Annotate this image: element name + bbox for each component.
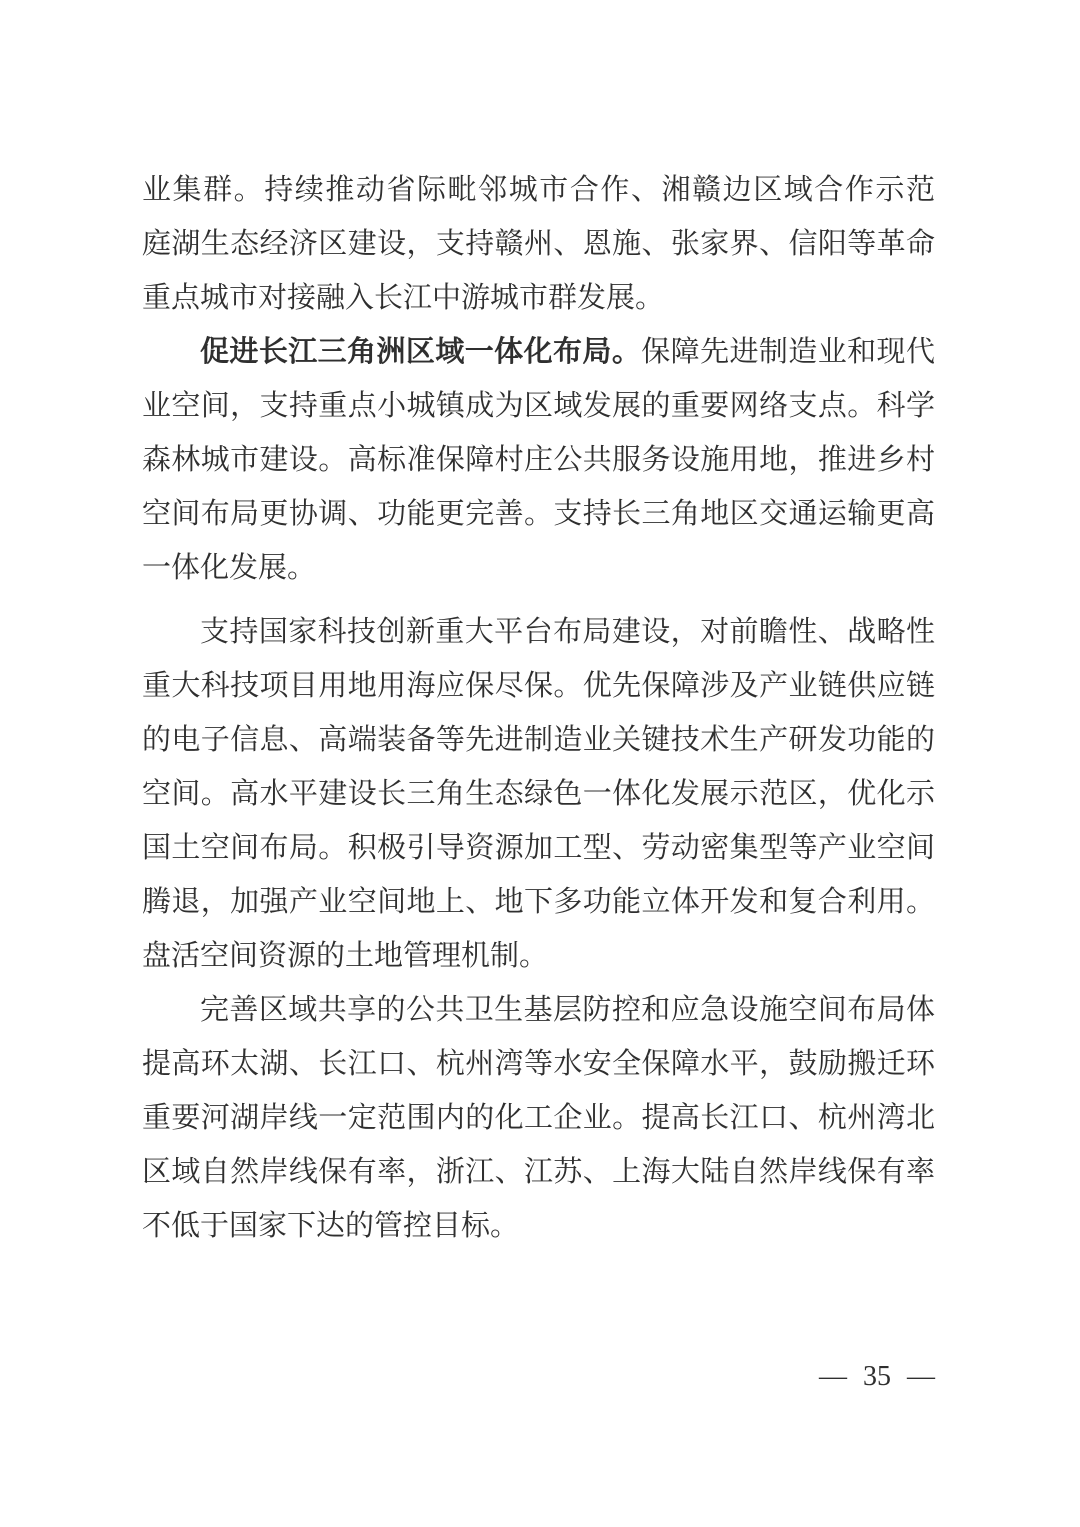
text-line: 腾退，加强产业空间地上、地下多功能立体开发和复合利用。建立 [142,875,935,929]
text-line: 不低于国家下达的管控目标。 [142,1199,935,1253]
page-footer: —35— [819,1360,935,1394]
text-line: 盘活空间资源的土地管理机制。 [142,929,935,983]
text-line: 完善区域共享的公共卫生基层防控和应急设施空间布局体系。 [142,983,935,1037]
text-line: 提高环太湖、长江口、杭州湾等水安全保障水平，鼓励搬迁环太湖 [142,1037,935,1091]
text-line: 区域自然岸线保有率，浙江、江苏、上海大陆自然岸线保有率分别 [142,1145,935,1199]
document-body: 业集群。持续推动省际毗邻城市合作、湘赣边区域合作示范区、洞 庭湖生态经济区建设，… [142,163,935,1253]
footer-dash-left: — [819,1360,847,1394]
footer-dash-right: — [907,1360,935,1394]
text-line: 的电子信息、高端装备等先进制造业关键技术生产研发功能的建设 [142,713,935,767]
text-line: 空间布局更协调、功能更完善。支持长三角地区交通运输更高质量 [142,487,935,541]
text-line: 重点城市对接融入长江中游城市群发展。 [142,271,935,325]
text-line: 国土空间布局。积极引导资源加工型、劳动密集型等产业空间有序 [142,821,935,875]
text-line: 重大科技项目用地用海应保尽保。优先保障涉及产业链供应链安全 [142,659,935,713]
text-line: 庭湖生态经济区建设，支持赣州、恩施、张家界、信阳等革命老区 [142,217,935,271]
text-line: 空间。高水平建设长三角生态绿色一体化发展示范区，优化示范区 [142,767,935,821]
document-page: 业集群。持续推动省际毗邻城市合作、湘赣边区域合作示范区、洞 庭湖生态经济区建设，… [0,0,1080,1527]
text-line: 重要河湖岸线一定范围内的化工企业。提高长江口、杭州湾北岸等 [142,1091,935,1145]
page-number: 35 [863,1360,891,1394]
text-line: 业空间，支持重点小城镇成为区域发展的重要网络支点。科学开展 [142,379,935,433]
text-line: 一体化发展。 [142,541,935,595]
text-line: 业集群。持续推动省际毗邻城市合作、湘赣边区域合作示范区、洞 [142,163,935,217]
text-line: 森林城市建设。高标准保障村庄公共服务设施用地，推进乡村国土 [142,433,935,487]
paragraph-lead-bold: 促进长江三角洲区域一体化布局。 [200,336,641,368]
text-line: 支持国家科技创新重大平台布局建设，对前瞻性、战略性国家 [142,605,935,659]
text-line: 促进长江三角洲区域一体化布局。保障先进制造业和现代服务 [142,325,935,379]
